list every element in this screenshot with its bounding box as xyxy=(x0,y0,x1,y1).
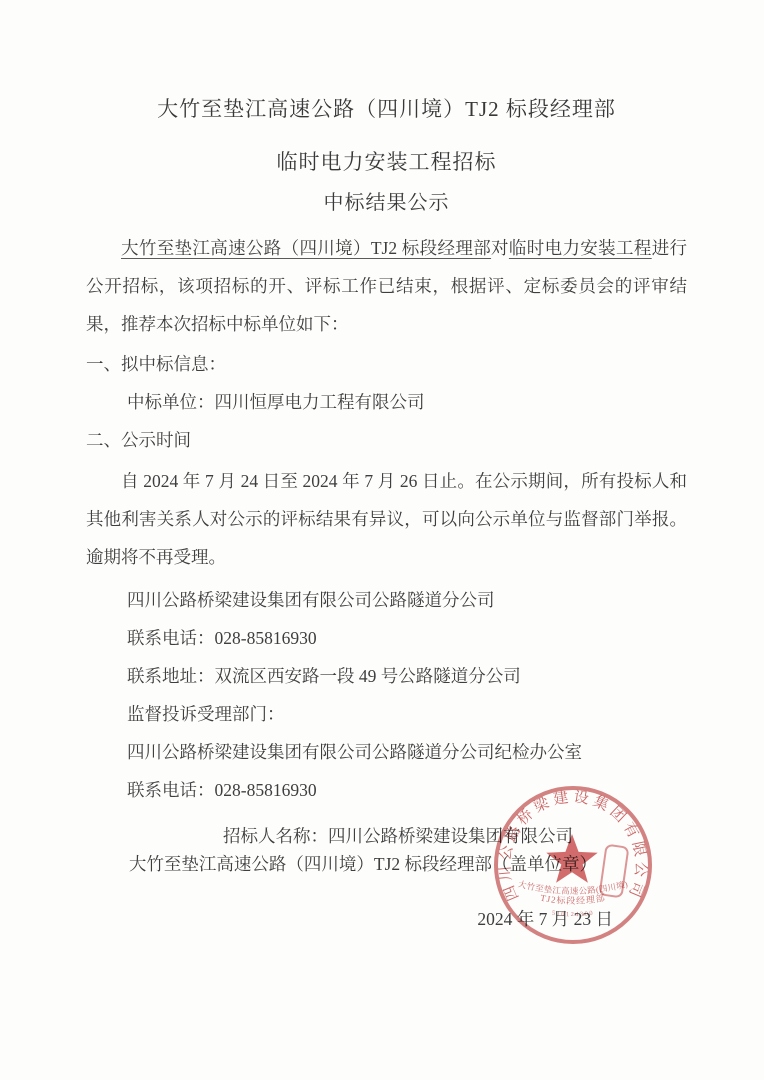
tender-name-underlined: 临时电力安装工程 xyxy=(509,238,652,258)
seal-serial-number: 510124300 xyxy=(551,910,594,919)
document-title-line3: 中标结果公示 xyxy=(86,190,687,216)
document-page: 大竹至垫江高速公路（四川境）TJ2 标段经理部 临时电力安装工程招标 中标结果公… xyxy=(0,0,764,1080)
publicity-period-paragraph: 自 2024 年 7 月 24 日至 2024 年 7 月 26 日止。在公示期… xyxy=(86,462,687,576)
supervision-organization: 四川公路桥梁建设集团有限公司公路隧道分公司纪检办公室 xyxy=(86,733,687,771)
section2-heading: 二、公示时间 xyxy=(86,421,687,459)
document-content: 大竹至垫江高速公路（四川境）TJ2 标段经理部 临时电力安装工程招标 中标结果公… xyxy=(86,0,687,809)
winner-line: 中标单位：四川恒厚电力工程有限公司 xyxy=(86,383,687,421)
seal-star-icon xyxy=(546,834,597,883)
supervision-heading: 监督投诉受理部门： xyxy=(86,695,687,733)
contact-phone: 联系电话：028-85816930 xyxy=(86,619,687,657)
document-title-line2: 临时电力安装工程招标 xyxy=(86,148,687,176)
contact-organization: 四川公路桥梁建设集团有限公司公路隧道分公司 xyxy=(86,581,687,619)
document-title-line1: 大竹至垫江高速公路（四川境）TJ2 标段经理部 xyxy=(86,94,687,124)
opening-paragraph: 大竹至垫江高速公路（四川境）TJ2 标段经理部对临时电力安装工程进行公开招标，该… xyxy=(86,229,687,343)
official-seal: 四川公路桥梁建设集团有限公司 大竹至垫江高速公路(四川境) TJ2标段经理部 5… xyxy=(491,783,655,947)
contact-address: 联系地址：双流区西安路一段 49 号公路隧道分公司 xyxy=(86,657,687,695)
project-name-underlined: 大竹至垫江高速公路（四川境）TJ2 标段经理部 xyxy=(121,238,491,258)
svg-text:510124300: 510124300 xyxy=(551,910,594,919)
section1-heading: 一、拟中标信息： xyxy=(86,345,687,383)
connector-text: 对 xyxy=(491,238,509,258)
